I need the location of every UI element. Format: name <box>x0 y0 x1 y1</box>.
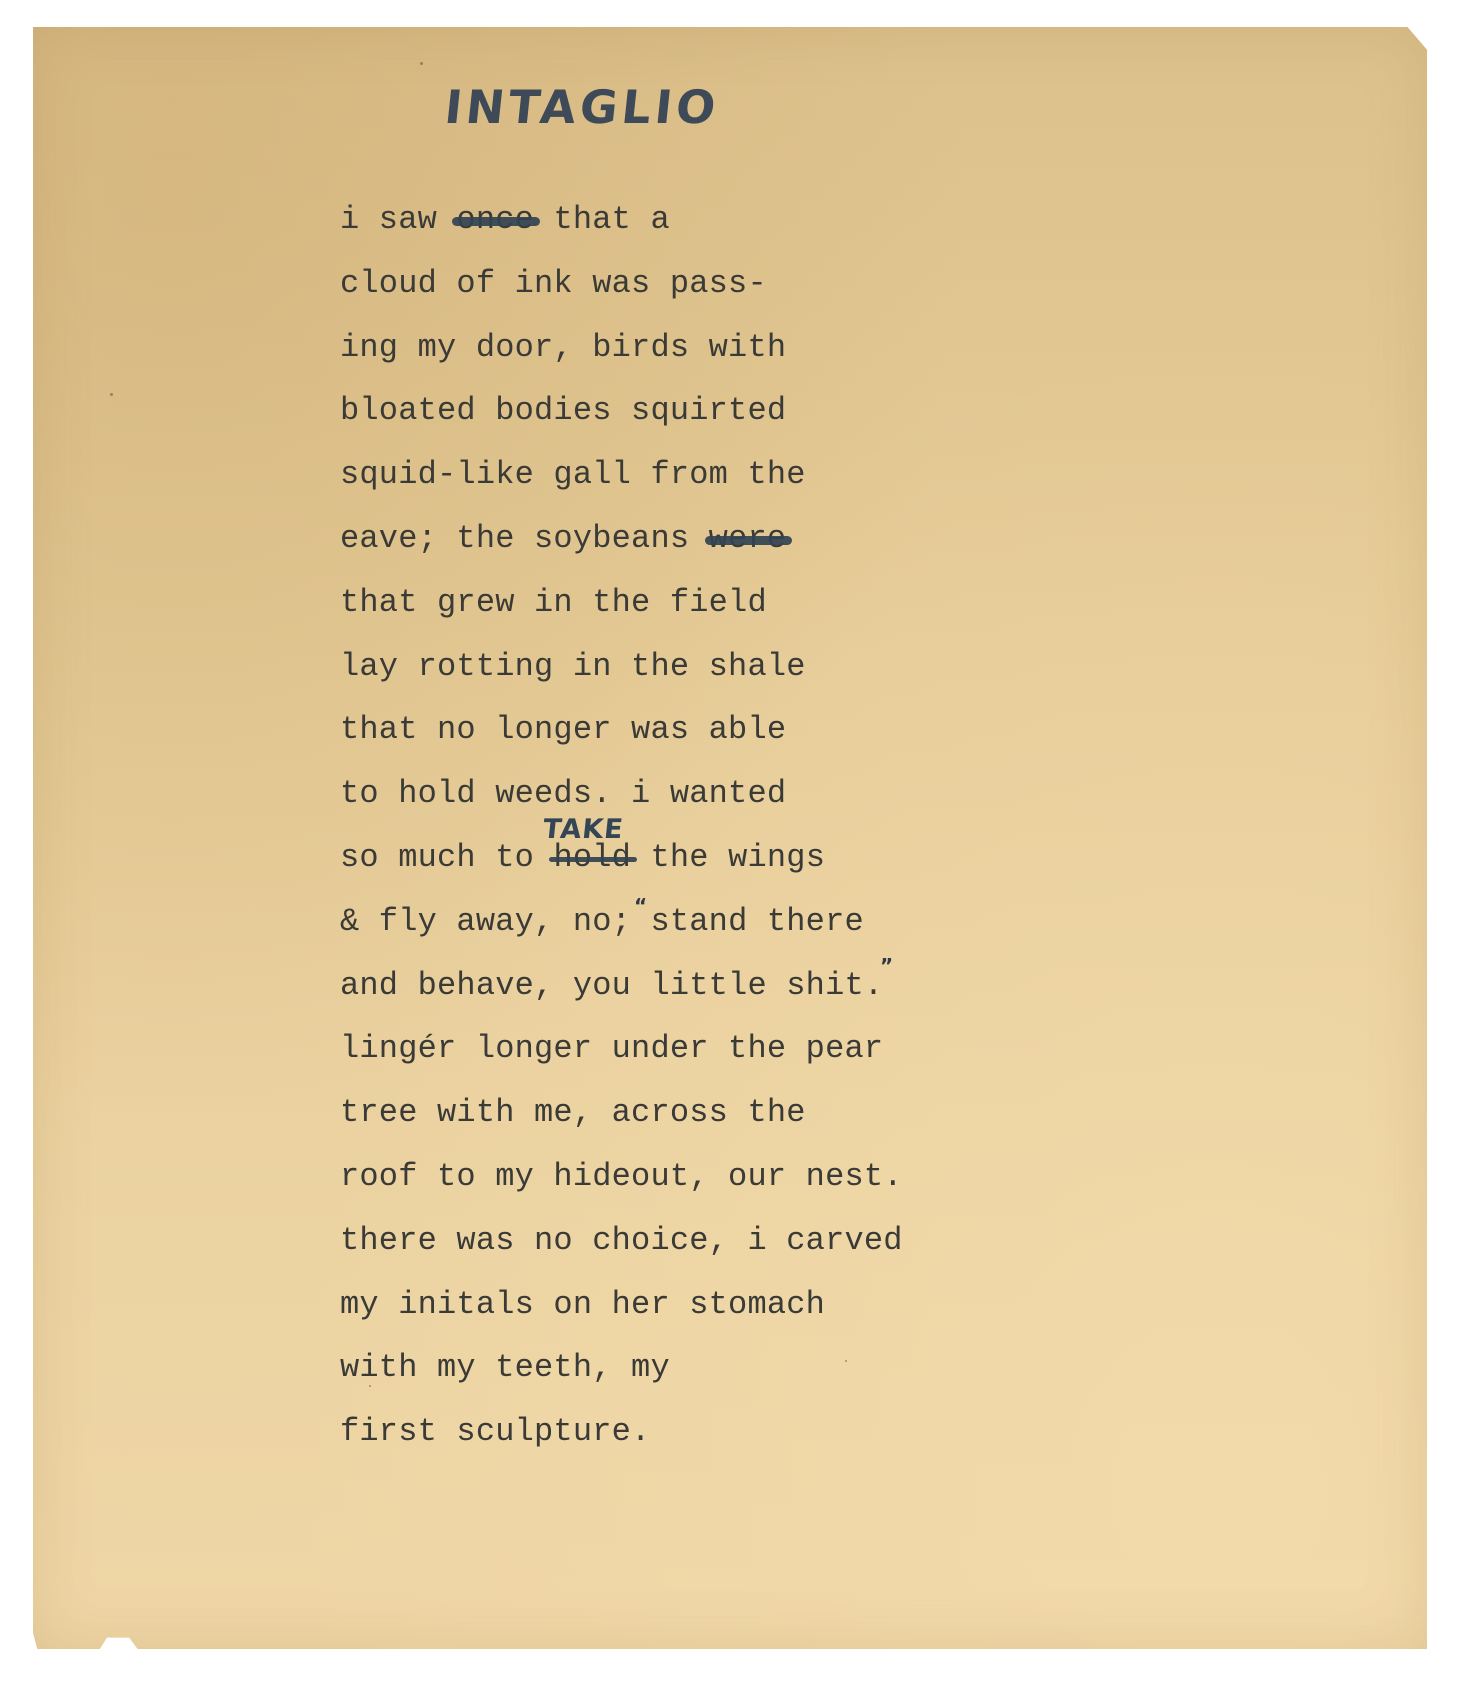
handwritten-insert-take: TAKE <box>540 798 627 862</box>
paper-speck <box>110 393 113 396</box>
paper-speck <box>369 1385 371 1387</box>
poem-line-1: i saw once that a <box>340 188 903 252</box>
poem-line-15: tree with me, across the <box>340 1081 903 1145</box>
paper-speck <box>845 1360 847 1362</box>
poem-body: i saw once that a cloud of ink was pass-… <box>340 188 903 1464</box>
poem-line-14: lingér longer under the pear <box>340 1017 903 1081</box>
poem-line-13: and behave, you little shit.” <box>340 954 903 1018</box>
handwritten-close-quote: ” <box>880 956 893 976</box>
struck-word-were: were <box>709 507 787 571</box>
poem-line-20: first sculpture. <box>340 1400 903 1464</box>
poem-line-3: ing my door, birds with <box>340 316 903 380</box>
poem-line-19: with my teeth, my <box>340 1336 903 1400</box>
poem-line-17: there was no choice, i carved <box>340 1209 903 1273</box>
poem-line-4: bloated bodies squirted <box>340 379 903 443</box>
poem-line-9: that no longer was able <box>340 698 903 762</box>
poem-line-6: eave; the soybeans were <box>340 507 903 571</box>
struck-word-once: once <box>456 188 534 252</box>
poem-line-8: lay rotting in the shale <box>340 635 903 699</box>
poem-line-7: that grew in the field <box>340 571 903 635</box>
poem-line-12: & fly away, no; stand there“ <box>340 890 903 954</box>
poem-line-5: squid-like gall from the <box>340 443 903 507</box>
poem-line-18: my initals on her stomach <box>340 1273 903 1337</box>
handwritten-title: INTAGLIO <box>442 80 722 134</box>
poem-line-11: so much to hold the wingsTAKE <box>340 826 903 890</box>
poem-line-2: cloud of ink was pass- <box>340 252 903 316</box>
paper-speck <box>420 62 423 65</box>
poem-line-16: roof to my hideout, our nest. <box>340 1145 903 1209</box>
handwritten-open-quote: “ <box>634 896 647 916</box>
